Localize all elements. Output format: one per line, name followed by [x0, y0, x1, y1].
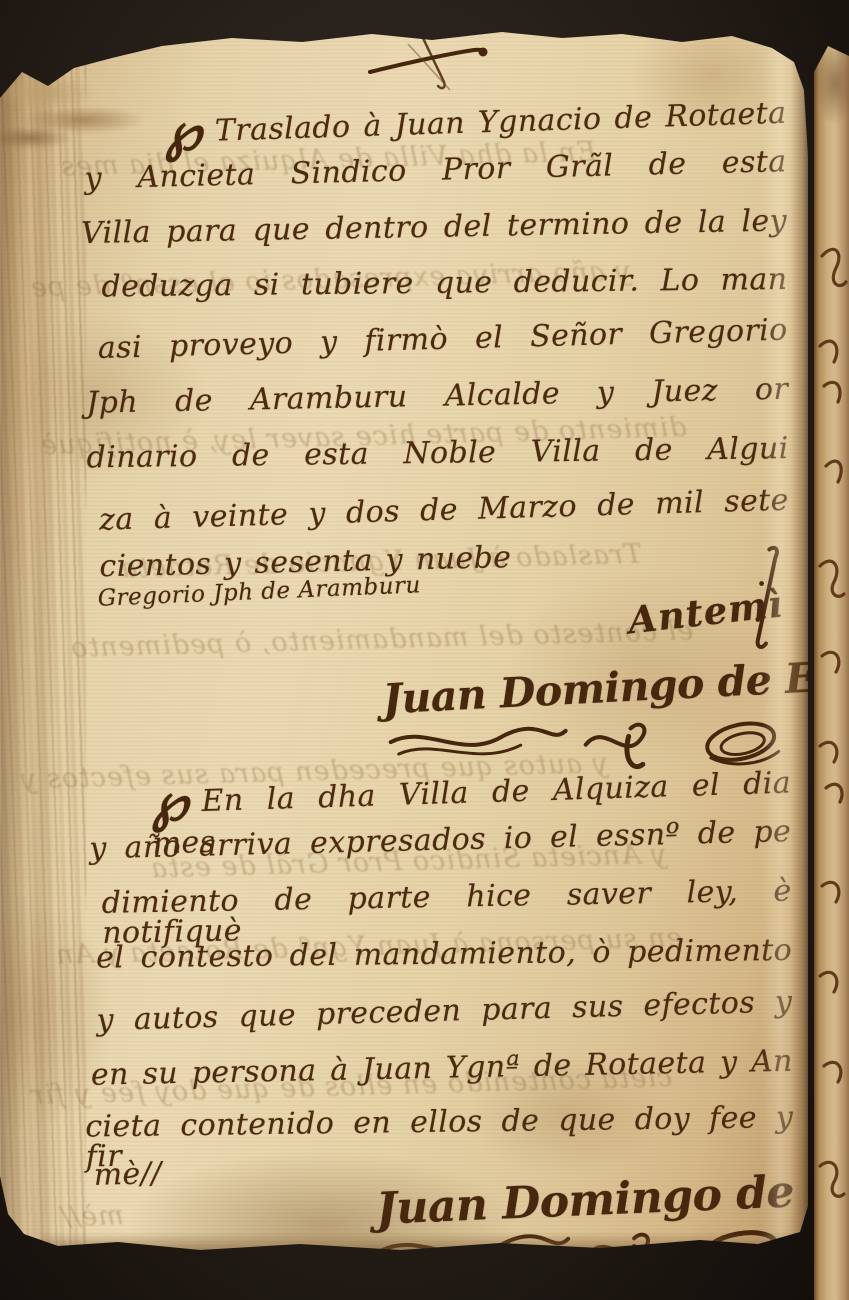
manuscript-line: Villa para que dentro del termino de la …	[81, 206, 788, 259]
manuscript-line: deduzga si tubiere que deducir. Lo man	[101, 265, 787, 313]
handwritten-text-layer: ℘Traslado à Juan Ygnacio de Rotaetay Anc…	[0, 23, 812, 1265]
manuscript-line: dimiento de parte hice saver ley, è noti…	[102, 877, 793, 929]
manuscript-page: En la dha Villa de Alquiza el dia mesy a…	[0, 26, 808, 1262]
next-page-edge	[814, 46, 849, 1300]
manuscript-line: mè//	[93, 1159, 162, 1191]
manuscript-line: Jph de Aramburu Alcalde y Juez or	[86, 375, 789, 429]
manuscript-line: za à veinte y dos de Marzo de mil sete	[99, 486, 790, 546]
manuscript-line: el contesto del mandamiento, ò pedimento	[96, 936, 792, 984]
manuscript-line: en su persona à Juan Ygnª de Rotaeta y A…	[91, 1047, 794, 1101]
manuscript-line: dinario de esta Noble Villa de Algui	[86, 434, 788, 483]
next-page-ink-marks	[814, 46, 849, 1300]
manuscript-line: ℘En la dha Villa de Alquiza el dia mes	[151, 757, 792, 817]
manuscript-line: cieta contenido en ellos de que doy fee …	[85, 1103, 793, 1152]
manuscript-line: y autos que preceden para sus efectos y	[96, 987, 793, 1046]
manuscript-line: asi proveyo y firmò el Señor Gregorio	[97, 315, 788, 374]
photograph-of-manuscript: { "document": { "description": "Recto pa…	[0, 0, 849, 1300]
manuscript-line: ℘Traslado à Juan Ygnacio de Rotaeta	[164, 88, 787, 148]
opening-flourish-mark: ℘	[150, 771, 188, 833]
curled-fore-edge	[762, 26, 808, 1262]
opening-flourish-mark: ℘	[164, 101, 202, 163]
